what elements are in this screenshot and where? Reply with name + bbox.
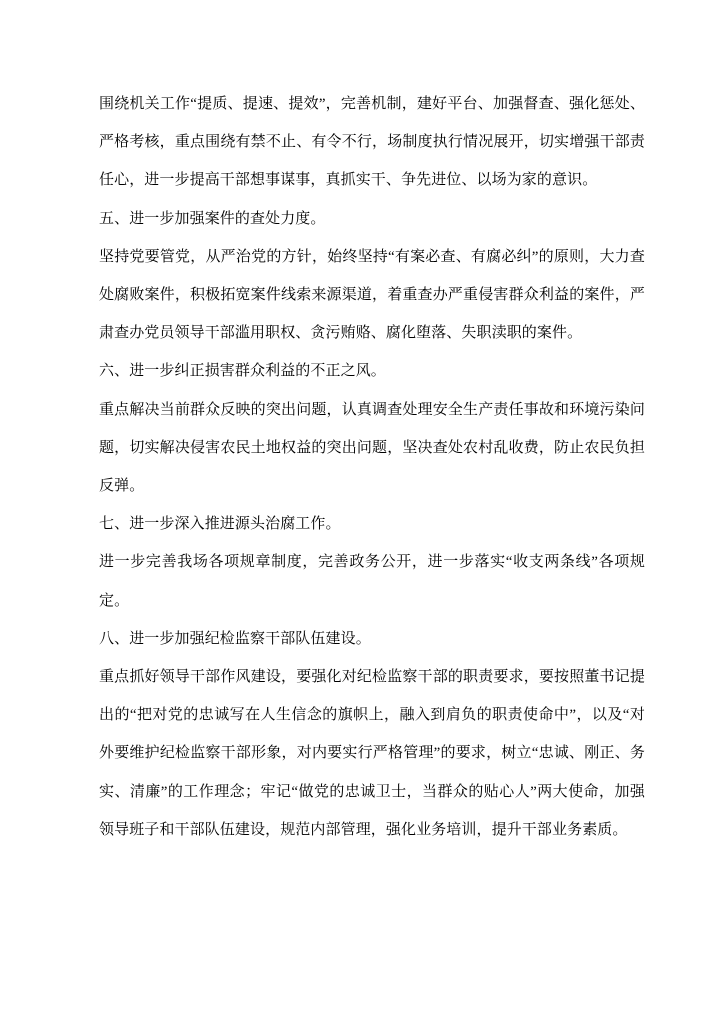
- body-paragraph: 重点抓好领导干部作风建设，要强化对纪检监察干部的职责要求，要按照董书记提出的“把…: [99, 658, 645, 849]
- body-paragraph: 坚持党要管党，从严治党的方针，始终坚持“有案必查、有腐必纠”的原则，大力查处腐败…: [99, 238, 645, 353]
- section-heading-8: 八、进一步加强纪检监察干部队伍建设。: [99, 620, 645, 658]
- section-heading-6: 六、进一步纠正损害群众利益的不正之风。: [99, 352, 645, 390]
- section-heading-5: 五、进一步加强案件的查处力度。: [99, 200, 645, 238]
- body-paragraph: 重点解决当前群众反映的突出问题，认真调查处理安全生产责任事故和环境污染问题，切实…: [99, 391, 645, 506]
- body-paragraph: 围绕机关工作“提质、提速、提效”，完善机制，建好平台、加强督查、强化惩处、严格考…: [99, 85, 645, 200]
- body-paragraph: 进一步完善我场各项规章制度，完善政务公开，进一步落实“收支两条线”各项规定。: [99, 543, 645, 619]
- section-heading-7: 七、进一步深入推进源头治腐工作。: [99, 505, 645, 543]
- document-page: 围绕机关工作“提质、提速、提效”，完善机制，建好平台、加强督查、强化惩处、严格考…: [99, 85, 645, 849]
